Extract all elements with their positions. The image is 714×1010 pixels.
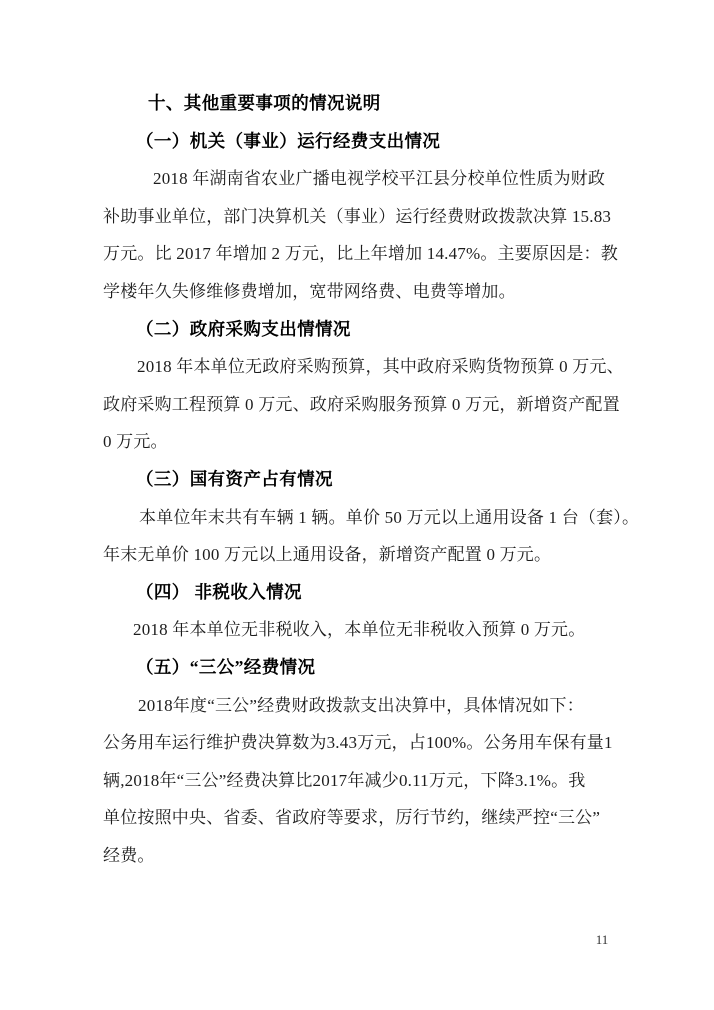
section-3-heading: （三）国有资产占有情况 (103, 461, 614, 499)
section-4-line-1: 2018 年本单位无非税收入，本单位无非税收入预算 0 万元。 (103, 611, 614, 649)
section-4-heading: （四） 非税收入情况 (103, 574, 614, 612)
section-2-line-1: 2018 年本单位无政府采购预算，其中政府采购货物预算 0 万元、 (103, 348, 614, 386)
section-1-line-1: 2018 年湖南省农业广播电视学校平江县分校单位性质为财政 (103, 160, 614, 198)
section-2-heading: （二）政府采购支出情情况 (103, 311, 614, 349)
section-5-heading: （五）“三公”经费情况 (103, 649, 614, 687)
section-5-line-4: 单位按照中央、省委、省政府等要求，厉行节约，继续严控“三公” (103, 799, 614, 837)
section-5-line-2: 公务用车运行维护费决算数为3.43万元，占100%。公务用车保有量1 (103, 724, 614, 762)
section-1-heading: （一）机关（事业）运行经费支出情况 (103, 123, 614, 161)
section-2-line-3: 0 万元。 (103, 423, 614, 461)
page-number: 11 (588, 930, 616, 950)
section-1-line-2: 补助事业单位，部门决算机关（事业）运行经费财政拨款决算 15.83 (103, 198, 614, 236)
document-content: 十、其他重要事项的情况说明 （一）机关（事业）运行经费支出情况 2018 年湖南… (103, 85, 614, 874)
section-5-line-1: 2018年度“三公”经费财政拨款支出决算中，具体情况如下： (103, 687, 614, 725)
section-5-line-3: 辆,2018年“三公”经费决算比2017年减少0.11万元，下降3.1%。我 (103, 762, 614, 800)
document-page: 十、其他重要事项的情况说明 （一）机关（事业）运行经费支出情况 2018 年湖南… (0, 0, 714, 1010)
section-3-line-1: 本单位年末共有车辆 1 辆。单价 50 万元以上通用设备 1 台（套）。 (103, 499, 614, 537)
section-1-line-3: 万元。比 2017 年增加 2 万元，比上年增加 14.47%。主要原因是：教 (103, 235, 614, 273)
section-2-line-2: 政府采购工程预算 0 万元、政府采购服务预算 0 万元，新增资产配置 (103, 386, 614, 424)
section-1-line-4: 学楼年久失修维修费增加，宽带网络费、电费等增加。 (103, 273, 614, 311)
chapter-title: 十、其他重要事项的情况说明 (103, 85, 614, 123)
section-5-line-5: 经费。 (103, 837, 614, 875)
section-3-line-2: 年末无单价 100 万元以上通用设备，新增资产配置 0 万元。 (103, 536, 614, 574)
